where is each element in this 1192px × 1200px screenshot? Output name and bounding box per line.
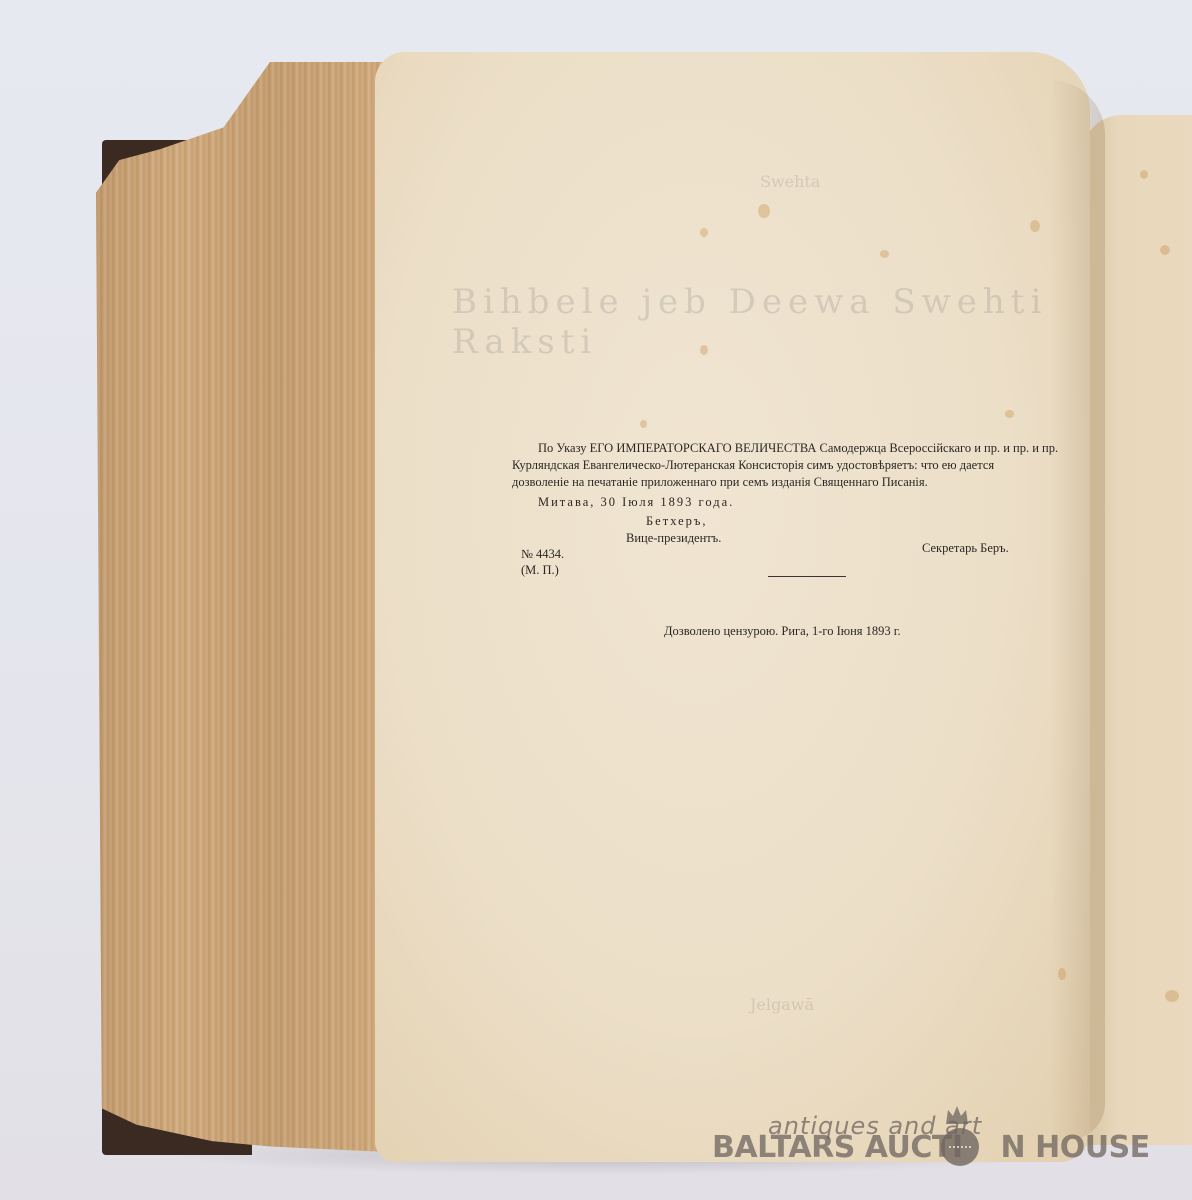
approval-line-2: Курляндская Евангелическо-Лютеранская Ко… bbox=[512, 457, 994, 474]
divider-rule bbox=[768, 576, 846, 577]
show-through-title: Bihbele jeb Deewa Swehti Raksti bbox=[452, 282, 1192, 362]
foxing-spot bbox=[1140, 170, 1148, 179]
book-page bbox=[375, 52, 1090, 1162]
foxing-spot bbox=[880, 250, 889, 258]
approval-line-3: дозволеніе на печатаніе приложеннаго при… bbox=[512, 474, 928, 491]
foxing-spot bbox=[1160, 245, 1170, 255]
crown-icon bbox=[944, 1104, 970, 1126]
logo-circle-icon bbox=[941, 1128, 979, 1166]
approval-line-1: По Указу ЕГО ИМПЕРАТОРСКАГО ВЕЛИЧЕСТВА С… bbox=[538, 440, 1058, 457]
reference-code: (М. П.) bbox=[521, 562, 559, 579]
vice-president-name: Бетхеръ, bbox=[646, 513, 708, 530]
reference-number: № 4434. bbox=[521, 546, 564, 563]
watermark-brand-part1: BALTARS AUCTI bbox=[712, 1130, 963, 1165]
page-curl-shadow bbox=[1050, 80, 1105, 1140]
censorship-notice: Дозволено цензурою. Рига, 1-го Іюня 1893… bbox=[664, 623, 901, 640]
foxing-spot bbox=[1165, 990, 1179, 1002]
page-block-shading bbox=[96, 62, 386, 1152]
foxing-spot bbox=[1005, 410, 1014, 418]
foxing-spot bbox=[700, 228, 708, 237]
watermark-brand: BALTARS AUCTIN HOUSE bbox=[712, 1130, 1150, 1165]
show-through-top: Swehta bbox=[760, 172, 820, 191]
show-through-bottom: Jelgawā bbox=[750, 995, 814, 1014]
secretary-signature: Секретарь Беръ. bbox=[922, 540, 1009, 557]
place-date: Митава, 30 Іюля 1893 года. bbox=[538, 494, 734, 511]
watermark-brand-part2: N HOUSE bbox=[1001, 1130, 1150, 1165]
foxing-spot bbox=[758, 204, 770, 218]
foxing-spot bbox=[1030, 220, 1040, 232]
vice-president-title: Вице-президентъ. bbox=[626, 530, 721, 547]
foxing-spot bbox=[1058, 968, 1066, 980]
foxing-spot bbox=[640, 420, 647, 428]
